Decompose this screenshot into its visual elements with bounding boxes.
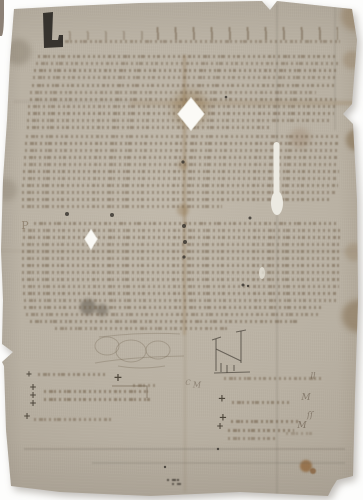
parchment-sheet: +++++++++llCMMſſMP bbox=[0, 0, 363, 500]
script-line bbox=[22, 184, 338, 187]
fold-crease bbox=[276, 4, 278, 143]
script-line bbox=[28, 105, 336, 108]
script-line bbox=[23, 229, 341, 232]
script-line bbox=[23, 236, 341, 239]
first-line-ascenders bbox=[62, 31, 144, 40]
script-line bbox=[60, 40, 340, 43]
script-line bbox=[26, 135, 338, 138]
notarial-flourish: ll bbox=[310, 373, 315, 381]
script-line bbox=[24, 299, 336, 302]
witness-cross: + bbox=[26, 370, 33, 378]
script-line bbox=[228, 429, 294, 432]
script-line bbox=[38, 373, 106, 376]
script-line bbox=[22, 257, 342, 260]
stain-blotch bbox=[290, 128, 310, 148]
script-line bbox=[27, 126, 269, 129]
script-line bbox=[34, 418, 114, 421]
script-line bbox=[33, 76, 337, 79]
script-line bbox=[55, 327, 230, 330]
script-line bbox=[27, 119, 329, 122]
script-line bbox=[228, 437, 278, 440]
stain-blotch bbox=[5, 39, 31, 65]
script-line bbox=[22, 278, 340, 281]
witness-cross: + bbox=[216, 423, 224, 432]
script-line bbox=[28, 112, 334, 115]
script-line bbox=[232, 401, 292, 404]
witness-cross: + bbox=[113, 372, 122, 383]
script-line bbox=[25, 142, 339, 145]
script-line bbox=[23, 170, 339, 173]
initial-letter: P bbox=[21, 220, 28, 231]
fold-crease bbox=[24, 448, 345, 450]
script-line bbox=[24, 163, 336, 166]
notarial-flourish: M bbox=[297, 422, 306, 431]
witness-cross: + bbox=[218, 395, 226, 405]
script-line bbox=[23, 285, 339, 288]
script-line bbox=[22, 271, 340, 274]
script-line bbox=[22, 250, 342, 253]
script-line bbox=[22, 243, 342, 246]
script-line bbox=[133, 384, 155, 387]
script-line bbox=[30, 98, 336, 101]
notarial-flourish: M bbox=[301, 394, 310, 403]
first-line-ascenders bbox=[150, 27, 338, 40]
script-line bbox=[231, 420, 299, 423]
script-line bbox=[36, 62, 338, 65]
parchment-shadow: +++++++++llCMMſſMP bbox=[0, 0, 363, 500]
script-line bbox=[172, 483, 181, 485]
fold-crease bbox=[184, 335, 186, 492]
script-line bbox=[167, 479, 180, 481]
script-line bbox=[24, 306, 324, 309]
script-line bbox=[22, 191, 336, 194]
script-line bbox=[22, 264, 342, 267]
stain-blotch bbox=[345, 243, 363, 261]
stain-blotch bbox=[341, 1, 363, 31]
notarial-flourish: C bbox=[185, 380, 190, 387]
script-line bbox=[23, 177, 337, 180]
fold-crease bbox=[92, 462, 345, 464]
script-line bbox=[286, 432, 312, 435]
script-line bbox=[44, 390, 148, 393]
stain-blotch bbox=[346, 129, 363, 151]
script-line bbox=[30, 320, 300, 323]
script-line bbox=[224, 377, 322, 380]
script-line bbox=[25, 149, 337, 152]
script-line bbox=[23, 292, 337, 295]
script-line bbox=[22, 205, 222, 208]
script-line bbox=[38, 55, 338, 58]
script-line bbox=[44, 398, 150, 401]
stain-blotch bbox=[343, 51, 361, 69]
script-line bbox=[24, 156, 338, 159]
witness-cross: + bbox=[29, 400, 37, 409]
fold-crease bbox=[334, 3, 336, 130]
script-line bbox=[30, 91, 316, 94]
script-line bbox=[34, 69, 336, 72]
notarial-flourish: ſſ bbox=[307, 412, 313, 420]
script-line bbox=[26, 313, 318, 316]
witness-cross: + bbox=[23, 413, 31, 422]
script-line bbox=[34, 222, 338, 225]
notarial-flourish: M bbox=[193, 382, 201, 390]
script-line bbox=[22, 198, 332, 201]
photo-backdrop: +++++++++llCMMſſMP bbox=[0, 0, 363, 500]
stain-blotch bbox=[310, 468, 316, 474]
script-line bbox=[32, 84, 334, 87]
